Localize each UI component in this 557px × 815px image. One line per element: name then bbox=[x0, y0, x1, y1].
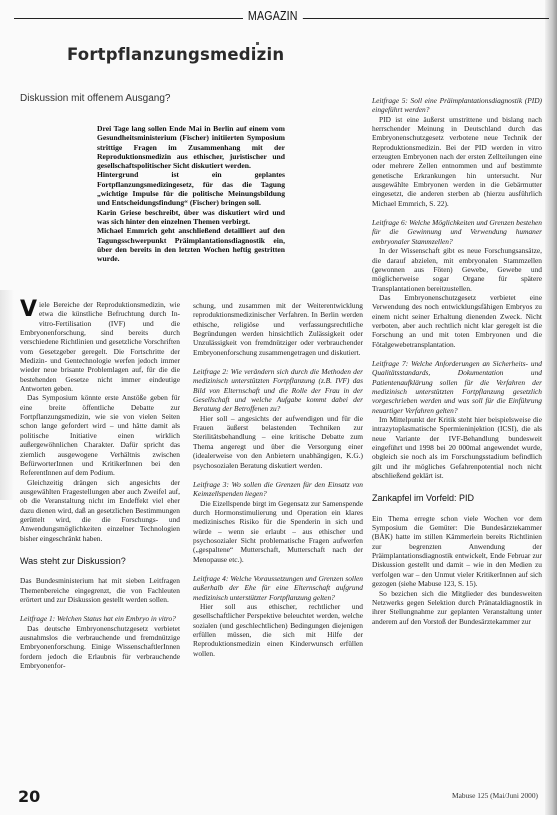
intro-paragraph: Karin Griese beschreibt, über was diskut… bbox=[97, 208, 285, 227]
guiding-question: Leitfrage 7: Welche Anforderungen an Sic… bbox=[372, 359, 542, 415]
body-paragraph: Das Bundesministerium hat mit sieben Lei… bbox=[20, 576, 180, 604]
page-edge-shadow bbox=[545, 0, 557, 815]
body-paragraph: Die Eizellspende birgt im Gegensatz zur … bbox=[193, 499, 363, 564]
guiding-question: Leitfrage 2: Wie verändern sich durch di… bbox=[193, 367, 363, 414]
section-heading: Zankapfel im Vorfeld: PID bbox=[372, 494, 542, 503]
intro-paragraph: Hintergrund ist ein geplantes Fortpflanz… bbox=[97, 170, 285, 207]
body-paragraph: Hier soll aus ethischer, rechtlicher und… bbox=[193, 602, 363, 658]
intro-paragraph: Drei Tage lang sollen Ende Mai in Berlin… bbox=[97, 124, 285, 170]
scan-shadow bbox=[0, 290, 14, 500]
body-paragraph: PID ist eine äußerst umstrittene und bis… bbox=[372, 115, 542, 208]
body-paragraph: Ein Thema erregte schon viele Wochen vor… bbox=[372, 514, 542, 589]
drop-cap: V bbox=[20, 301, 37, 319]
section-label: MAGAZIN bbox=[243, 8, 303, 23]
article-title: Fortpflanzungsmedizin bbox=[67, 45, 284, 64]
body-paragraph: Hier soll – angesichts der aufwendigen u… bbox=[193, 414, 363, 470]
guiding-question: Leitfrage 4: Welche Voraussetzungen und … bbox=[193, 574, 363, 602]
article-intro: Drei Tage lang sollen Ende Mai in Berlin… bbox=[97, 124, 285, 263]
column-left: Viele Bereiche der Reproduktionsmedizin,… bbox=[20, 300, 180, 670]
magazine-page: MAGAZIN Fortpflanzungsmedizin Diskussion… bbox=[0, 0, 557, 815]
article-subtitle: Diskussion mit offenem Ausgang? bbox=[20, 93, 170, 104]
body-paragraph: Das Symposium könnte erste Anstöße geben… bbox=[20, 393, 180, 477]
intro-paragraph: Michael Emmrich geht anschließend detail… bbox=[97, 226, 285, 263]
guiding-question: Leitfrage 3: Wo sollen die Grenzen für d… bbox=[193, 480, 363, 499]
body-paragraph: In der Wissenschaft gibt es neue Forschu… bbox=[372, 246, 542, 293]
body-paragraph: Das Embryonenschutzgesetz verbietet eine… bbox=[372, 293, 542, 349]
guiding-question: Leitfrage 5: Soll eine Präimplantationsd… bbox=[372, 96, 542, 115]
body-paragraph: schung, und zusammen mit der Weiterentwi… bbox=[193, 301, 363, 357]
guiding-question: Leitfrage 1: Welchen Status hat ein Embr… bbox=[20, 614, 180, 623]
body-paragraph: Gleichzeitig drängen sich angesichts der… bbox=[20, 478, 180, 543]
column-middle: schung, und zusammen mit der Weiterentwi… bbox=[193, 301, 363, 658]
guiding-question: Leitfrage 6: Welche Möglichkeiten und Gr… bbox=[372, 218, 542, 246]
body-paragraph: Das deutsche Embryonenschutzgesetz verbi… bbox=[20, 624, 180, 671]
issue-reference: Mabuse 125 (Mai/Juni 2000) bbox=[452, 791, 538, 800]
body-paragraph: So bezichen sich die Mitglieder des bund… bbox=[372, 589, 542, 626]
section-heading: Was steht zur Diskussion? bbox=[20, 557, 180, 566]
column-right: Leitfrage 5: Soll eine Präimplantationsd… bbox=[372, 96, 542, 626]
body-paragraph: Im Mittelpunkt der Kritik steht hier bei… bbox=[372, 415, 542, 480]
page-number: 20 bbox=[18, 787, 40, 806]
body-paragraph: Viele Bereiche der Reproduktionsmedizin,… bbox=[20, 300, 180, 393]
